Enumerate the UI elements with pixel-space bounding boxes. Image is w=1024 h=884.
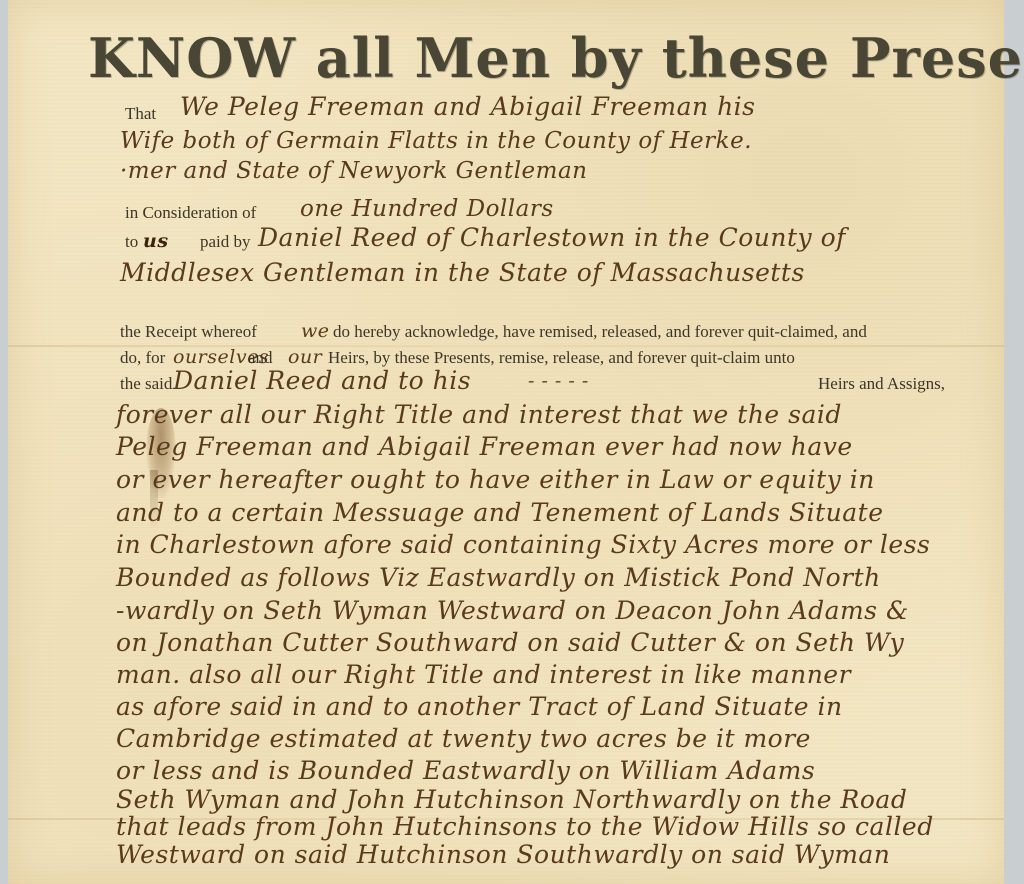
body-line: in Charlestown afore said containing Six… — [116, 530, 930, 559]
filler-dashes: - - - - - — [528, 370, 589, 392]
printed-do-for: do, for — [120, 348, 165, 368]
our: our — [288, 346, 322, 368]
grantors-line-3: ·mer and State of Newyork Gentleman — [120, 158, 588, 184]
body-line: man. also all our Right Title and intere… — [116, 660, 851, 689]
body-line: Westward on said Hutchinson Southwardly … — [116, 840, 890, 869]
printed-receipt: the Receipt whereof — [120, 322, 257, 342]
body-line: as afore said in and to another Tract of… — [116, 692, 843, 721]
printed-paid-by: paid by — [200, 232, 251, 252]
body-line: forever all our Right Title and interest… — [116, 400, 842, 429]
printed-heirs-assigns: Heirs and Assigns, — [818, 374, 945, 394]
to-us: us — [143, 230, 169, 252]
grantors-line-2: Wife both of Germain Flatts in the Count… — [120, 128, 752, 154]
printed-and: and — [248, 348, 273, 368]
printed-to: to — [125, 232, 138, 252]
body-line: on Jonathan Cutter Southward on said Cut… — [116, 628, 904, 657]
grantors-line-1: We Peleg Freeman and Abigail Freeman his — [180, 92, 756, 121]
body-line: Bounded as follows Viz Eastwardly on Mis… — [116, 563, 881, 592]
receipt-we: we — [301, 320, 330, 342]
body-line: -wardly on Seth Wyman Westward on Deacon… — [116, 596, 909, 625]
body-line: or less and is Bounded Eastwardly on Wil… — [116, 756, 815, 785]
grantee-line-2: Middlesex Gentleman in the State of Mass… — [120, 258, 805, 287]
document-title: KNOW all Men by these Presents, — [88, 26, 988, 90]
fold-crease — [8, 345, 1004, 347]
printed-receipt-rest: do hereby acknowledge, have remised, rel… — [333, 322, 867, 342]
body-line: or ever hereafter ought to have either i… — [116, 465, 875, 494]
consideration-amount: one Hundred Dollars — [300, 196, 554, 222]
body-line: Peleg Freeman and Abigail Freeman ever h… — [116, 432, 853, 461]
body-line: Seth Wyman and John Hutchinson Northward… — [116, 785, 907, 814]
body-line: Cambridge estimated at twenty two acres … — [116, 724, 811, 753]
printed-consideration: in Consideration of — [125, 203, 256, 223]
grantee-name: Daniel Reed and to his — [173, 366, 471, 395]
printed-heirs-line: Heirs, by these Presents, remise, releas… — [328, 348, 795, 368]
deed-document: KNOW all Men by these Presents, That We … — [8, 0, 1004, 884]
body-line: that leads from John Hutchinsons to the … — [116, 812, 934, 841]
grantee-line-1: Daniel Reed of Charlestown in the County… — [258, 223, 846, 252]
printed-the-said: the said — [120, 374, 172, 394]
printed-that: That — [125, 104, 156, 124]
body-line: and to a certain Messuage and Tenement o… — [116, 498, 884, 527]
